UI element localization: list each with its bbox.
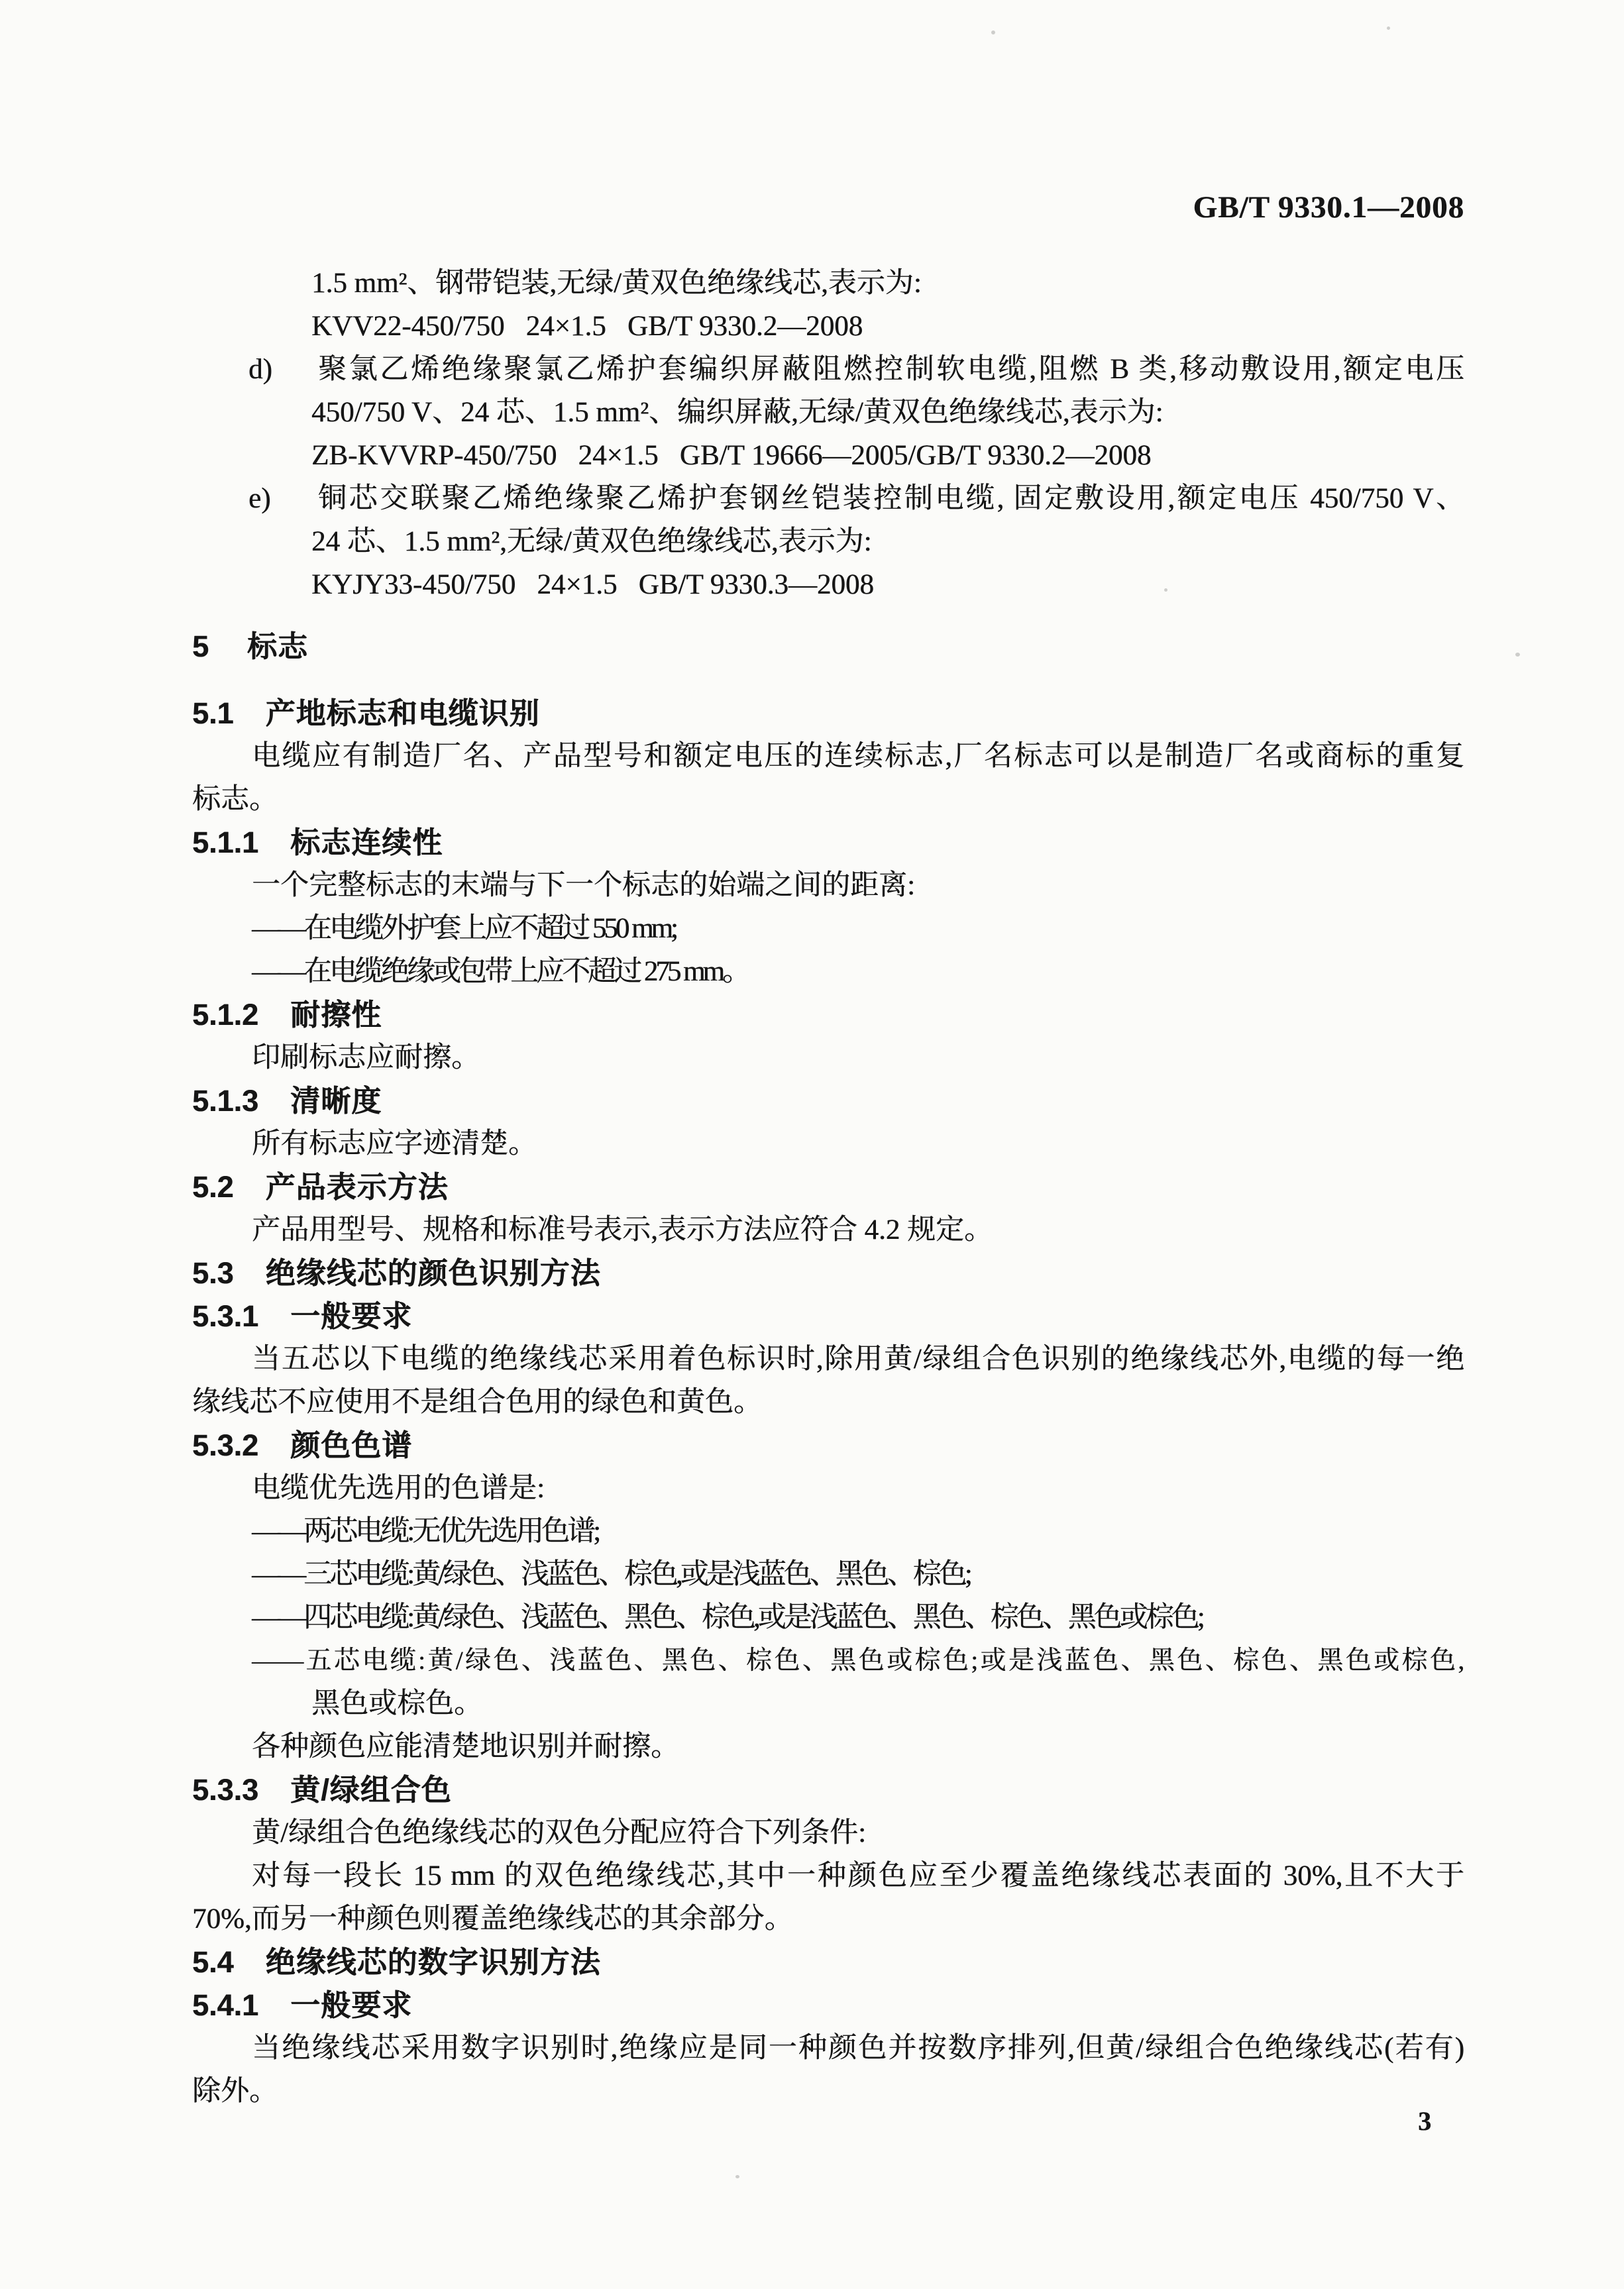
heading-number: 5 [192, 625, 209, 668]
heading-number: 5.2 [192, 1165, 234, 1208]
text-line: 1.5 mm²、钢带铠装,无绿/黄双色绝缘线芯,表示为: [192, 262, 1464, 305]
line-text: 聚氯乙烯绝缘聚氯乙烯护套编织屏蔽阻燃控制软电缆,阻燃 B 类,移动敷设用,额定电… [318, 354, 1464, 385]
line-text: 黄/绿组合色绝缘线芯的双色分配应符合下列条件: [252, 1817, 866, 1848]
page-number: 3 [192, 2105, 1464, 2137]
text-line: ——三芯电缆:黄/绿色、浅蓝色、棕色,或是浅蓝色、黑色、棕色; [192, 1553, 1464, 1596]
heading-number: 5.1 [192, 692, 234, 735]
line-text: 70%,而另一种颜色则覆盖绝缘线芯的其余部分。 [192, 1903, 793, 1935]
list-marker: e) [248, 477, 270, 520]
text-line: 对每一段长 15 mm 的双色绝缘线芯,其中一种颜色应至少覆盖绝缘线芯表面的 3… [192, 1854, 1464, 1897]
line-text: ZB-KVVRP-450/750 24×1.5 GB/T 19666—2005/… [311, 440, 1151, 471]
scan-speck [1515, 653, 1520, 657]
heading-number: 5.1.3 [192, 1079, 258, 1122]
line-text: 除外。 [192, 2076, 278, 2107]
line-text: 所有标志应字迹清楚。 [252, 1128, 537, 1159]
heading-title: 颜色色谱 [290, 1424, 412, 1467]
heading-5-4-1: 5.4.1一般要求 [192, 1984, 1464, 2027]
heading-number: 5.4.1 [192, 1984, 258, 2027]
heading-number: 5.3.2 [192, 1424, 258, 1467]
heading-title: 标志连续性 [290, 821, 443, 864]
text-line: 缘线芯不应使用不是组合色用的绿色和黄色。 [192, 1381, 1464, 1424]
text-line: ——五芯电缆:黄/绿色、浅蓝色、黑色、棕色、黑色或棕色;或是浅蓝色、黑色、棕色、… [192, 1639, 1464, 1682]
text-line: 所有标志应字迹清楚。 [192, 1122, 1464, 1165]
line-text: KYJY33-450/750 24×1.5 GB/T 9330.3—2008 [311, 569, 874, 600]
line-text: 产品用型号、规格和标准号表示,表示方法应符合 4.2 规定。 [252, 1214, 993, 1246]
heading-5-1: 5.1产地标志和电缆识别 [192, 692, 1464, 735]
heading-5-3-3: 5.3.3黄/绿组合色 [192, 1768, 1464, 1811]
line-text: ——在电缆绝缘或包带上应不超过 275 mm。 [252, 956, 748, 987]
text-line: 一个完整标志的末端与下一个标志的始端之间的距离: [192, 864, 1464, 907]
text-line: 各种颜色应能清楚地识别并耐擦。 [192, 1725, 1464, 1768]
heading-title: 黄/绿组合色 [290, 1768, 452, 1811]
line-text: ——三芯电缆:黄/绿色、浅蓝色、棕色,或是浅蓝色、黑色、棕色; [252, 1559, 970, 1590]
text-line: 黑色或棕色。 [192, 1682, 1464, 1725]
line-text: ——两芯电缆:无优先选用色谱; [252, 1516, 598, 1547]
text-line: ——在电缆外护套上应不超过 550 mm; [192, 907, 1464, 950]
line-text: ——在电缆外护套上应不超过 550 mm; [252, 913, 676, 944]
line-text: ——五芯电缆:黄/绿色、浅蓝色、黑色、棕色、黑色或棕色;或是浅蓝色、黑色、棕色、… [252, 1646, 1464, 1675]
text-line: ——四芯电缆:黄/绿色、浅蓝色、黑色、棕色,或是浅蓝色、黑色、棕色、黑色或棕色; [192, 1596, 1464, 1639]
heading-number: 5.3.3 [192, 1768, 258, 1811]
heading-number: 5.4 [192, 1941, 234, 1984]
line-text: 24 芯、1.5 mm²,无绿/黄双色绝缘线芯,表示为: [311, 526, 871, 557]
document-page: GB/T 9330.1—2008 1.5 mm²、钢带铠装,无绿/黄双色绝缘线芯… [0, 0, 1624, 2289]
standard-number-header: GB/T 9330.1—2008 [192, 191, 1464, 224]
text-line: 24 芯、1.5 mm²,无绿/黄双色绝缘线芯,表示为: [192, 520, 1464, 563]
line-text: 各种颜色应能清楚地识别并耐擦。 [252, 1731, 679, 1762]
heading-title: 一般要求 [290, 1295, 412, 1338]
line-text: 对每一段长 15 mm 的双色绝缘线芯,其中一种颜色应至少覆盖绝缘线芯表面的 3… [252, 1860, 1464, 1891]
line-text: 电缆应有制造厂名、产品型号和额定电压的连续标志,厂名标志可以是制造厂名或商标的重… [252, 741, 1464, 772]
heading-title: 清晰度 [290, 1079, 382, 1122]
text-line: 当绝缘线芯采用数字识别时,绝缘应是同一种颜色并按数序排列,但黄/绿组合色绝缘线芯… [192, 2027, 1464, 2070]
text-line: 电缆应有制造厂名、产品型号和额定电压的连续标志,厂名标志可以是制造厂名或商标的重… [192, 735, 1464, 778]
heading-title: 一般要求 [290, 1984, 412, 2027]
line-text: 铜芯交联聚乙烯绝缘聚乙烯护套钢丝铠装控制电缆, 固定敷设用,额定电压 450/7… [318, 483, 1464, 514]
text-line: ZB-KVVRP-450/750 24×1.5 GB/T 19666—2005/… [192, 434, 1464, 477]
heading-number: 5.3 [192, 1251, 234, 1295]
text-line: 印刷标志应耐擦。 [192, 1036, 1464, 1079]
text-line: 70%,而另一种颜色则覆盖绝缘线芯的其余部分。 [192, 1897, 1464, 1941]
line-text: 标志。 [192, 784, 278, 815]
heading-title: 绝缘线芯的数字识别方法 [266, 1941, 601, 1984]
line-text: 印刷标志应耐擦。 [252, 1042, 480, 1073]
heading-5: 5标志 [192, 625, 1464, 668]
line-text: 当五芯以下电缆的绝缘线芯采用着色标识时,除用黄/绿组合色识别的绝缘线芯外,电缆的… [252, 1344, 1464, 1375]
heading-5-3-2: 5.3.2颜色色谱 [192, 1424, 1464, 1467]
heading-5-1-1: 5.1.1标志连续性 [192, 821, 1464, 864]
scan-speck [406, 836, 409, 839]
text-line: 标志。 [192, 778, 1464, 821]
line-text: 缘线芯不应使用不是组合色用的绿色和黄色。 [192, 1387, 762, 1418]
scan-speck [991, 30, 995, 34]
line-text: 一个完整标志的末端与下一个标志的始端之间的距离: [252, 870, 915, 901]
heading-title: 产地标志和电缆识别 [266, 692, 540, 735]
heading-5-3: 5.3绝缘线芯的颜色识别方法 [192, 1251, 1464, 1295]
heading-5-1-2: 5.1.2耐擦性 [192, 993, 1464, 1036]
line-text: 450/750 V、24 芯、1.5 mm²、编织屏蔽,无绿/黄双色绝缘线芯,表… [311, 397, 1163, 428]
heading-title: 标志 [247, 625, 308, 668]
text-line: KVV22-450/750 24×1.5 GB/T 9330.2—2008 [192, 305, 1464, 348]
heading-5-2: 5.2产品表示方法 [192, 1165, 1464, 1208]
text-line: KYJY33-450/750 24×1.5 GB/T 9330.3—2008 [192, 563, 1464, 606]
heading-title: 绝缘线芯的颜色识别方法 [266, 1251, 601, 1295]
text-line: 黄/绿组合色绝缘线芯的双色分配应符合下列条件: [192, 1811, 1464, 1854]
line-text: 黑色或棕色。 [311, 1688, 482, 1719]
heading-title: 耐擦性 [290, 993, 382, 1036]
line-text: 1.5 mm²、钢带铠装,无绿/黄双色绝缘线芯,表示为: [311, 268, 922, 299]
heading-number: 5.1.2 [192, 993, 258, 1036]
line-text: ——四芯电缆:黄/绿色、浅蓝色、黑色、棕色,或是浅蓝色、黑色、棕色、黑色或棕色; [252, 1602, 1203, 1633]
scan-speck [1387, 27, 1390, 30]
heading-number: 5.1.1 [192, 821, 258, 864]
heading-5-1-3: 5.1.3清晰度 [192, 1079, 1464, 1122]
text-line: d)聚氯乙烯绝缘聚氯乙烯护套编织屏蔽阻燃控制软电缆,阻燃 B 类,移动敷设用,额… [192, 348, 1464, 391]
text-line: 当五芯以下电缆的绝缘线芯采用着色标识时,除用黄/绿组合色识别的绝缘线芯外,电缆的… [192, 1338, 1464, 1381]
text-line: ——在电缆绝缘或包带上应不超过 275 mm。 [192, 950, 1464, 993]
heading-5-3-1: 5.3.1一般要求 [192, 1295, 1464, 1338]
text-line: 电缆优先选用的色谱是: [192, 1467, 1464, 1510]
line-text: KVV22-450/750 24×1.5 GB/T 9330.2—2008 [311, 311, 863, 342]
scan-speck [735, 2175, 739, 2178]
document-body: 1.5 mm²、钢带铠装,无绿/黄双色绝缘线芯,表示为:KVV22-450/75… [192, 262, 1464, 2113]
heading-title: 产品表示方法 [266, 1165, 449, 1208]
text-line: 450/750 V、24 芯、1.5 mm²、编织屏蔽,无绿/黄双色绝缘线芯,表… [192, 391, 1464, 434]
line-text: 电缆优先选用的色谱是: [252, 1473, 545, 1504]
text-line: 产品用型号、规格和标准号表示,表示方法应符合 4.2 规定。 [192, 1208, 1464, 1251]
heading-number: 5.3.1 [192, 1295, 258, 1338]
text-line: ——两芯电缆:无优先选用色谱; [192, 1510, 1464, 1553]
line-text: 当绝缘线芯采用数字识别时,绝缘应是同一种颜色并按数序排列,但黄/绿组合色绝缘线芯… [252, 2033, 1464, 2064]
heading-5-4: 5.4绝缘线芯的数字识别方法 [192, 1941, 1464, 1984]
list-marker: d) [248, 348, 272, 391]
text-line: e)铜芯交联聚乙烯绝缘聚乙烯护套钢丝铠装控制电缆, 固定敷设用,额定电压 450… [192, 477, 1464, 520]
scan-speck [1164, 588, 1167, 592]
